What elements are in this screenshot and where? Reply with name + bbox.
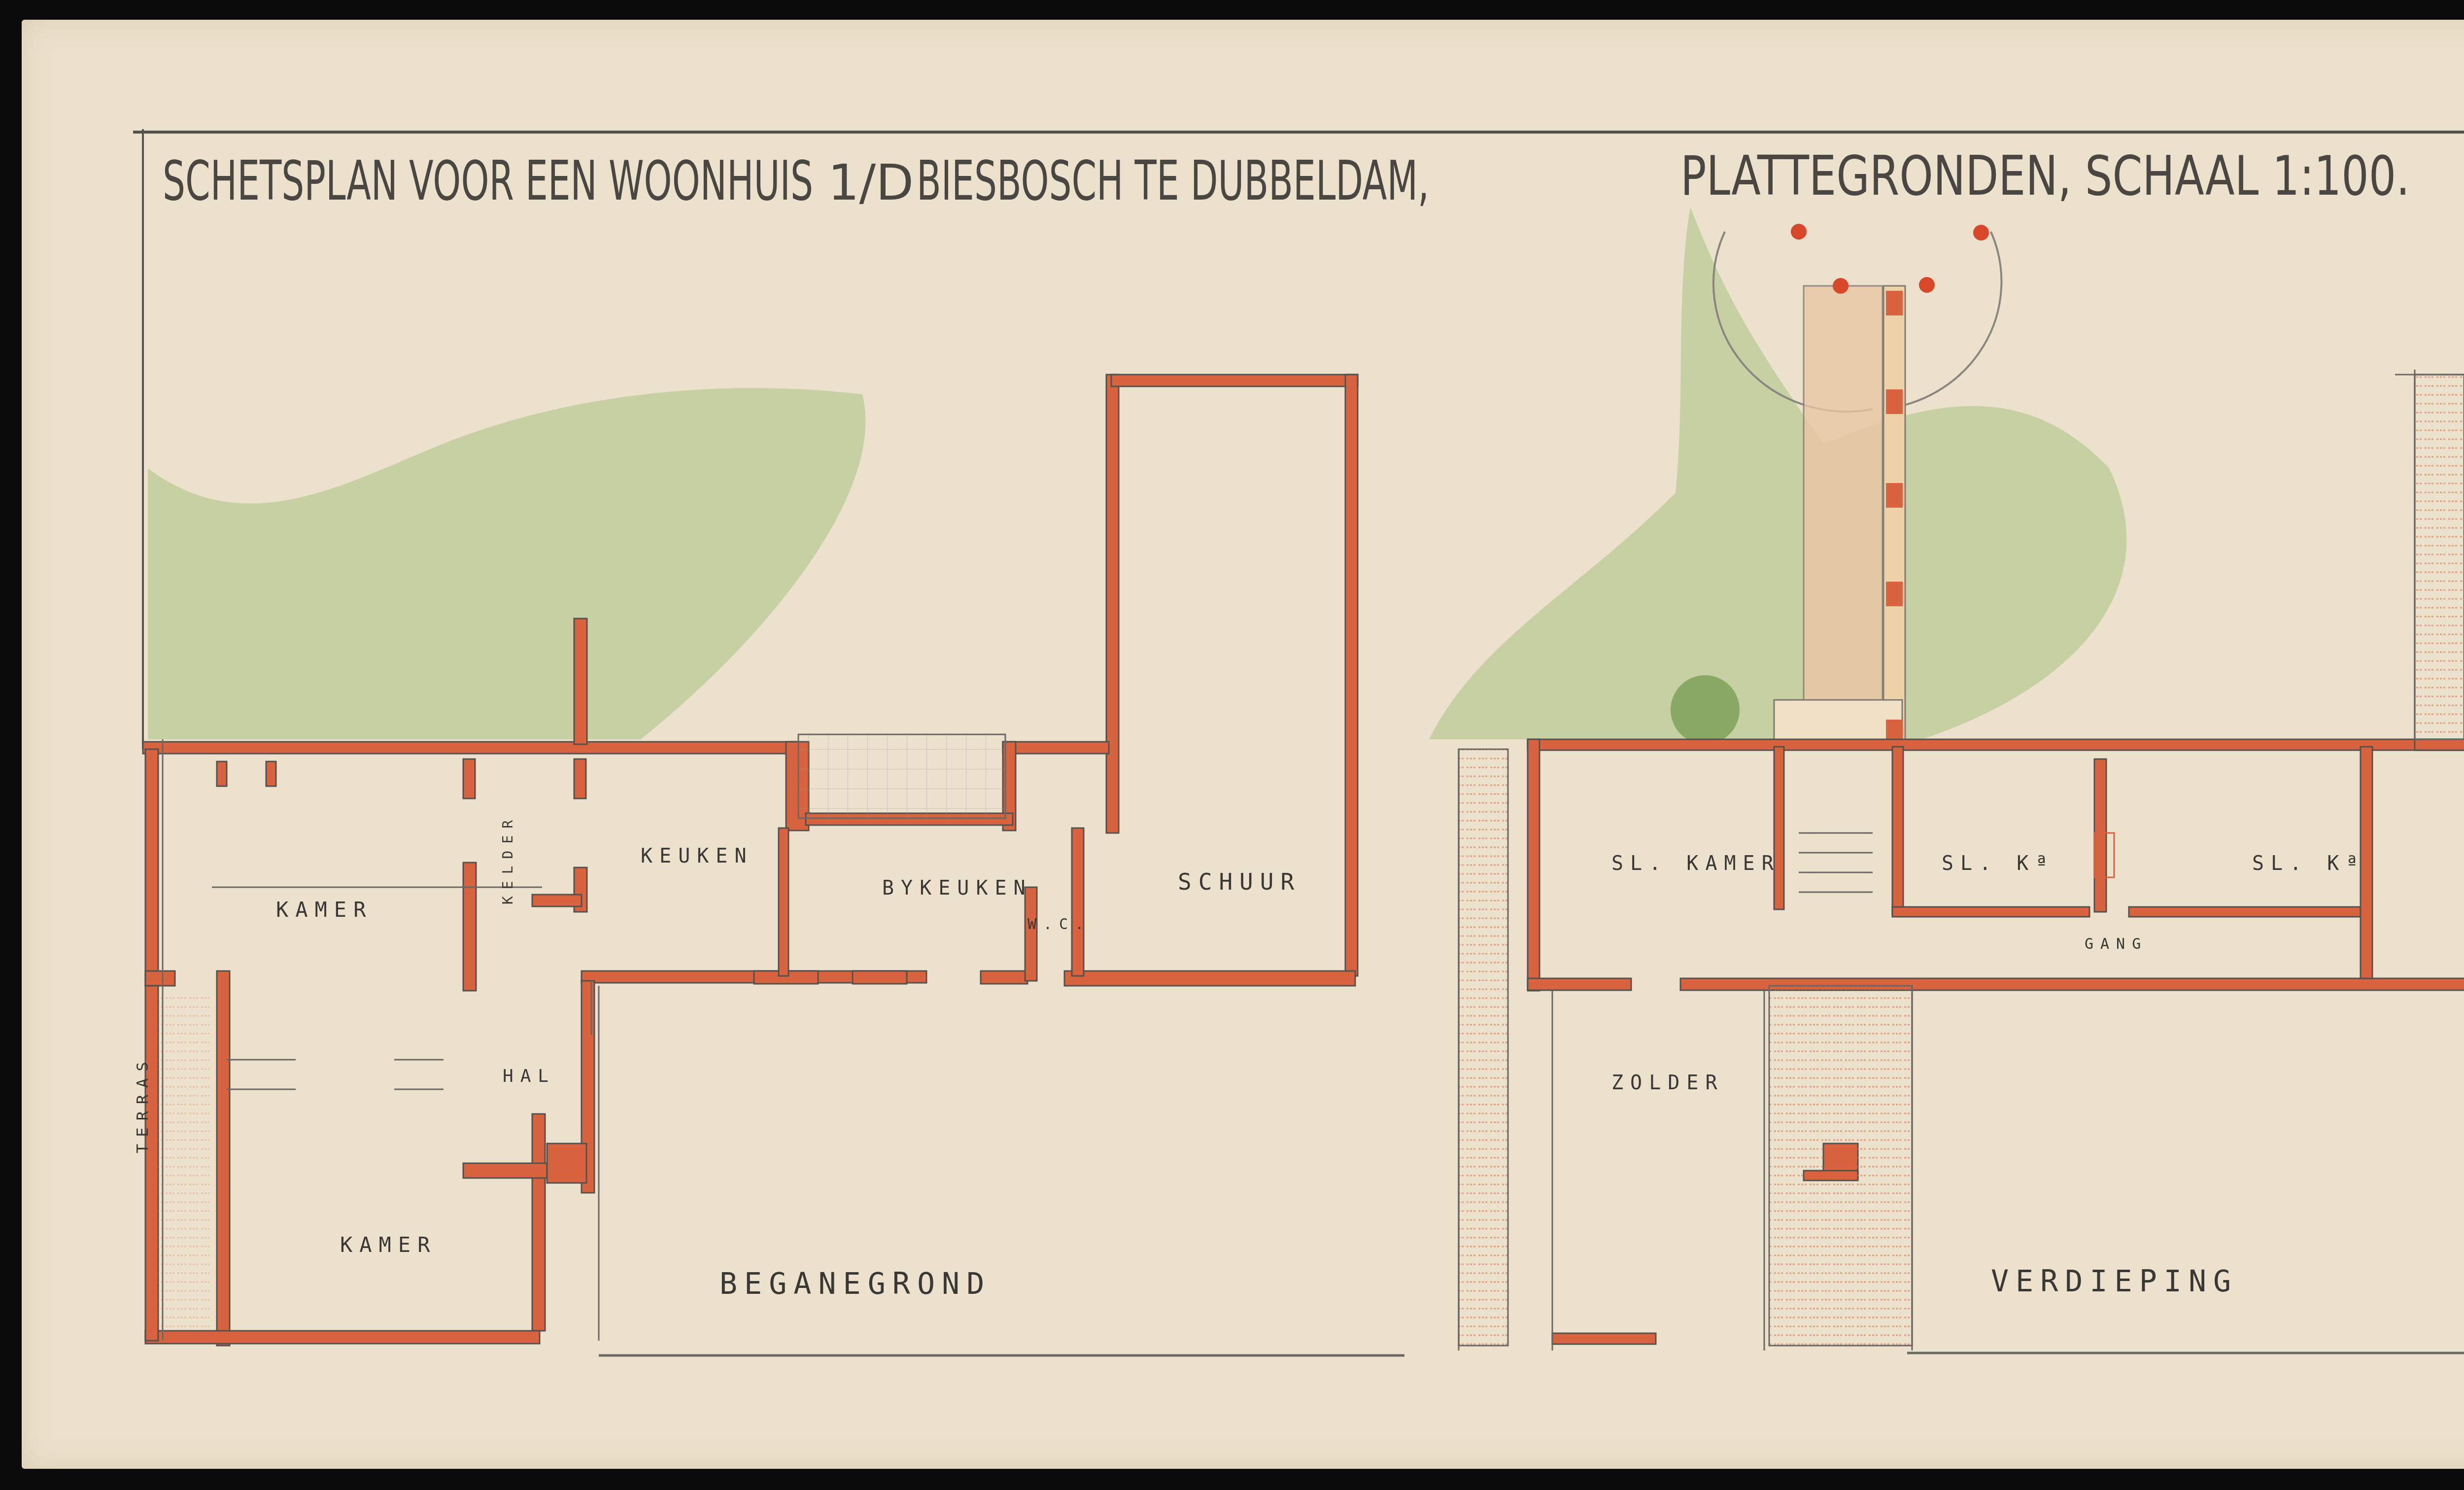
caption-beganegrond: BEGANEGROND <box>719 1267 991 1301</box>
ground-floor-pencil <box>150 734 1404 1355</box>
label-kamer-bottom: KAMER <box>340 1233 437 1257</box>
label-zolder: ZOLDER <box>1611 1072 1724 1094</box>
label-schuur: SCHUUR <box>1178 868 1301 895</box>
label-sl-k1: SL. Kª <box>1942 852 2054 875</box>
label-sl-kamer: SL. KAMER <box>1611 852 1780 875</box>
label-kamer-top: KAMER <box>276 898 373 922</box>
label-kelder: KELDER <box>500 813 516 904</box>
label-hal: HAL <box>503 1066 555 1086</box>
garden-greenery-center <box>1429 207 2126 739</box>
label-sl-k2: SL. Kª <box>2252 852 2365 875</box>
title-middle: BIESBOSCH TE DUBBELDAM, <box>917 149 1429 212</box>
title-fraction: 1/D <box>828 154 914 211</box>
title-left: SCHETSPLAN VOOR EEN WOONHUIS <box>163 149 813 212</box>
label-bykeuken: BYKEUKEN <box>882 877 1032 900</box>
label-keuken: KEUKEN <box>641 845 753 867</box>
room-labels: KAMER KEUKEN BYKEUKEN W.C. SCHUUR KELDER… <box>133 813 2464 1301</box>
floor-plan-drawing: SCHETSPLAN VOOR EEN WOONHUIS 1/D BIESBOS… <box>0 0 2464 1490</box>
drawing-title: SCHETSPLAN VOOR EEN WOONHUIS 1/D BIESBOS… <box>163 144 2410 212</box>
caption-verdieping: VERDIEPING <box>1991 1264 2238 1299</box>
label-gang: GANG <box>2085 936 2148 953</box>
label-wc: W.C. <box>1027 916 1091 933</box>
garden-greenery-left <box>148 388 865 739</box>
label-terras: TERRAS <box>133 1055 152 1153</box>
title-right: PLATTEGRONDEN, SCHAAL 1:100. <box>1680 144 2410 208</box>
shrub <box>1671 675 1740 744</box>
flower-dots <box>1791 224 1989 294</box>
